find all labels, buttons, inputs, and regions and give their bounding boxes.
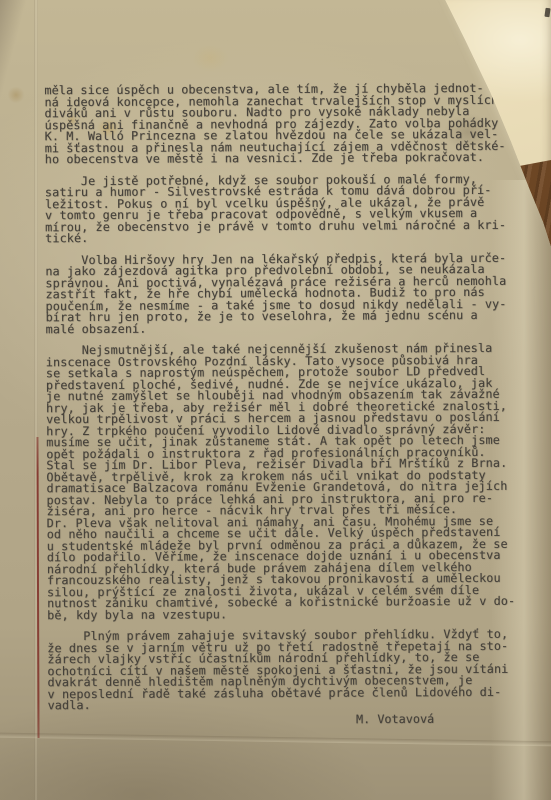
paragraph: Nejsmutnější, ale také nejcennější zkuše…	[46, 343, 517, 621]
paragraph: Volba Hiršovy hry Jen na lékařský předpi…	[45, 252, 515, 335]
typed-page: měla sice úspěch u obecenstva, ale tím, …	[0, 0, 551, 800]
scanned-document-photo: měla sice úspěch u obecenstva, ale tím, …	[0, 0, 551, 800]
signature: M. Votavová	[356, 712, 434, 726]
paragraph: Plným právem zahajuje svitavský soubor p…	[47, 629, 517, 712]
paragraph: Je jistě potřebné, když se soubor pokouš…	[45, 173, 515, 244]
paragraph: měla sice úspěch u obecenstva, ale tím, …	[44, 83, 514, 166]
typed-text: měla sice úspěch u obecenstva, ale tím, …	[44, 83, 517, 722]
